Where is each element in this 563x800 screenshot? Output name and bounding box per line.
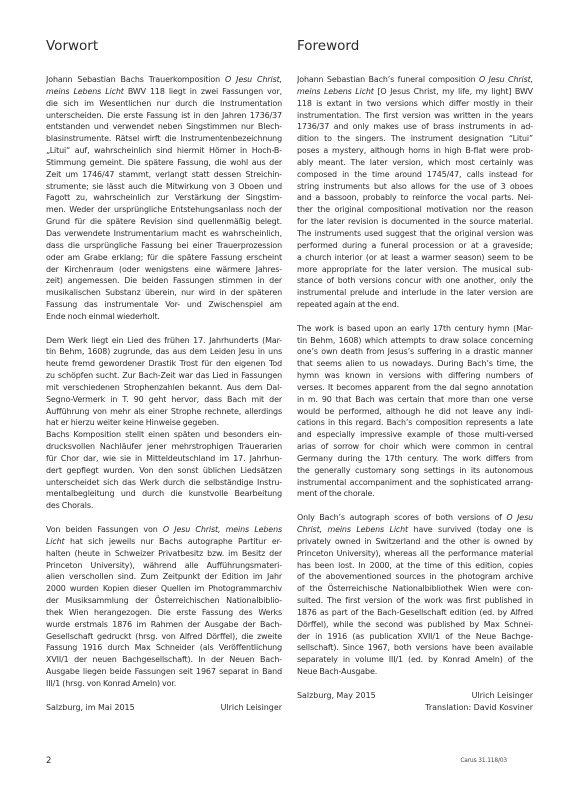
text-line: „Litui“ auf, wahrscheinlich sind hiermit… [46, 145, 282, 157]
text-line: XVII/1 der neuen Bachgesellschaft). In d… [46, 654, 282, 666]
text-line: entstanden und verwendet neben Singstimm… [46, 121, 282, 133]
text-line: für Chor dar, wie sie in Mitteldeutschla… [46, 453, 282, 465]
text-line: Licht hat sich jeweils nur Bachs autogra… [46, 536, 282, 548]
text-line: sellschaft). Since 1967, both versions h… [297, 642, 533, 654]
italic-title: Licht [46, 537, 65, 546]
text-line: Fagott zu, wahrscheinlich zur Verstärkun… [46, 192, 282, 204]
text-line: more appropriate for the later version. … [297, 264, 533, 276]
text-line: string instruments but also allows for t… [297, 181, 533, 193]
text-line: III/1 (hrsg. von Konrad Ameln) vor. [46, 678, 282, 690]
text-line: Das verwendete Instrumentarium macht es … [46, 228, 282, 240]
text-line: instrumental accompaniment and the sophi… [297, 477, 533, 489]
text-line: ably meant. The later version, which mos… [297, 157, 533, 169]
text-line: performed during a funeral procession or… [297, 240, 533, 252]
italic-title: Christ, meins Lebens Licht [297, 525, 408, 534]
german-paragraphs: Johann Sebastian Bachs Trauerkomposition… [46, 74, 282, 690]
english-paragraph: Johann Sebastian Bach’s funeral composit… [297, 74, 533, 311]
text-line: tin Behm, 1608) which attempts to draw s… [297, 335, 533, 347]
text-line: 118 is extant in two versions which diff… [297, 98, 533, 110]
text-line: meins Lebens Licht BWV 118 liegt in zwei… [46, 86, 282, 98]
english-place-date: Salzburg, May 2015 [297, 690, 376, 702]
text-line: the generally customary song settings in… [297, 465, 533, 477]
text-line: sulted. The first version of the work wa… [297, 595, 533, 607]
text-line: Dörffel), while the second was published… [297, 619, 533, 631]
text-line: thek Wien herangezogen. Die erste Fassun… [46, 607, 282, 619]
text-line: Christ, meins Lebens Licht have survived… [297, 524, 533, 536]
text-line: Fassung 1916 durch Max Schneider (als Ve… [46, 642, 282, 654]
text-line: cations in this regard. Bach’s compositi… [297, 417, 533, 429]
text-line: The instruments used suggest that the or… [297, 228, 533, 240]
text-line: drucksvollen Nachläufer jener mehrstroph… [46, 441, 282, 453]
english-paragraphs: Johann Sebastian Bach’s funeral composit… [297, 74, 533, 678]
english-translator: Translation: David Kosviner [297, 702, 533, 714]
text-line: Ende noch einmal wiederholt. [46, 311, 282, 323]
text-line: hat er hierzu weiter keine Hinweise gege… [46, 417, 282, 429]
german-paragraph: Johann Sebastian Bachs Trauerkomposition… [46, 74, 282, 323]
page-number: 2 [46, 756, 51, 766]
english-paragraph: The work is based upon an early 17th cen… [297, 323, 533, 501]
text-line: composed in the time around 1745/47, cal… [297, 169, 533, 181]
text-line: zeit) angemessen. Die beiden Fassungen s… [46, 275, 282, 287]
italic-title: O Jesu Christ, [225, 75, 282, 84]
text-line: 1736/37 and only makes use of brass inst… [297, 121, 533, 133]
text-line: Aufführung von mehr als einer Strophe re… [46, 406, 282, 418]
text-line: Stimmung gemeint. Die spätere Fassung, d… [46, 157, 282, 169]
text-line: mit verschiedenen Strophenzahlen bekannt… [46, 382, 282, 394]
text-line: Germany during the 17th century. The wor… [297, 453, 533, 465]
text-line: men. Weder der ursprüngliche Entstehungs… [46, 204, 282, 216]
text-line: separately in volume III/1 (ed. by Konra… [297, 654, 533, 666]
text-line: der in 1916 (as publication XVII/1 of th… [297, 631, 533, 643]
english-body: Johann Sebastian Bach’s funeral composit… [297, 74, 533, 713]
text-line: Dem Werk liegt ein Lied des frühen 17. J… [46, 335, 282, 347]
english-paragraph: Only Bach’s autograph scores of both ver… [297, 512, 533, 678]
english-signature: Salzburg, May 2015 Ulrich Leisinger [297, 690, 533, 702]
text-line: dass die ursprüngliche Fassung bei einer… [46, 240, 282, 252]
text-line: musikalischen Substanz überein, nur wird… [46, 287, 282, 299]
german-paragraph: Von beiden Fassungen von O Jesu Christ, … [46, 524, 282, 690]
text-line: blasinstrumente. Rätsel wirft die Instru… [46, 133, 282, 145]
text-line: Only Bach’s autograph scores of both ver… [297, 512, 533, 524]
text-line: des Chorals. [46, 500, 282, 512]
text-line: Von beiden Fassungen von O Jesu Christ, … [46, 524, 282, 536]
italic-title: O Jesu Christ, meins Lebens [163, 525, 282, 534]
text-line: hymn was known in versions with differin… [297, 370, 533, 382]
text-line: der Kirchenraum (oder wenigstens eine wä… [46, 264, 282, 276]
text-line: repeated again at the end. [297, 299, 533, 311]
text-line: stance of both versions concur with one … [297, 275, 533, 287]
text-line: Ausgabe liegen beide Fassungen seit 1967… [46, 666, 282, 678]
german-signature: Salzburg, im Mai 2015 Ulrich Leisinger [46, 702, 282, 714]
text-line: tin Behm, 1608) zugrunde, das aus dem Le… [46, 346, 282, 358]
text-line: Gesellschaft gedruckt (hrsg. von Alfred … [46, 631, 282, 643]
text-line: has been lost. In 2000, at the time of t… [297, 560, 533, 572]
text-line: Zeit um 1746/47 stammt, verlangt statt d… [46, 169, 282, 181]
text-line: halten (heute in Schweizer Privatbesitz … [46, 548, 282, 560]
english-heading: Foreword [297, 38, 359, 54]
english-author: Ulrich Leisinger [472, 690, 533, 702]
text-line: mentalbegleitung und durch die kunstvoll… [46, 488, 282, 500]
text-line: heute fremd gewordener Drastik Trost für… [46, 358, 282, 370]
text-line: a church interior (or at least a warmer … [297, 252, 533, 264]
text-line: Johann Sebastian Bachs Trauerkomposition… [46, 74, 282, 86]
text-line: in m. 90 that Bach was certain that more… [297, 394, 533, 406]
german-paragraph: Dem Werk liegt ein Lied des frühen 17. J… [46, 335, 282, 430]
text-line: instrumental prelude and interlude in th… [297, 287, 533, 299]
italic-title: O Jesu Christ, [479, 75, 533, 84]
german-heading: Vorwort [46, 38, 98, 54]
text-line: unterscheidet sich das Werk durch die se… [46, 477, 282, 489]
text-line: Johann Sebastian Bach’s funeral composit… [297, 74, 533, 86]
italic-title: O Jesu [506, 513, 533, 522]
text-line: of the abovementioned sources in the pho… [297, 571, 533, 583]
text-line: one’s own death from Jesus’s suffering i… [297, 346, 533, 358]
text-line: Fassung das instrumentale Vor- und Zwisc… [46, 299, 282, 311]
text-line: arias of sorrow for choir which were com… [297, 441, 533, 453]
text-line: unterscheiden. Die erste Fassung ist in … [46, 110, 282, 122]
text-line: Neue Bach-Ausgabe. [297, 666, 533, 678]
german-place-date: Salzburg, im Mai 2015 [46, 702, 135, 714]
text-line: that seems alien to us nowadays. During … [297, 358, 533, 370]
text-line: dition to the singers. The instrument de… [297, 133, 533, 145]
german-paragraph: Bachs Komposition stellt einen späten un… [46, 429, 282, 512]
text-line: der Musiksammlung der Österreichischen N… [46, 595, 282, 607]
italic-title: meins Lebens Licht [46, 87, 124, 96]
text-line: The work is based upon an early 17th cen… [297, 323, 533, 335]
german-body: Johann Sebastian Bachs Trauerkomposition… [46, 74, 282, 713]
text-line: Princeton University), whereas all the p… [297, 548, 533, 560]
text-line: 1876 as part of the Bach-Gesellschaft ed… [297, 607, 533, 619]
text-line: zu schöpfen sucht. Zur Bach-Zeit war das… [46, 370, 282, 382]
text-line: ment of the chorale. [297, 488, 533, 500]
text-line: 2000 wurden Kopien dieser Quellen im Pho… [46, 583, 282, 595]
text-line: Bachs Komposition stellt einen späten un… [46, 429, 282, 441]
text-line: would be performed, although he did not … [297, 406, 533, 418]
german-author: Ulrich Leisinger [221, 702, 282, 714]
text-line: of the Österreichische Nationalbibliothe… [297, 583, 533, 595]
text-line: strumente; sie lässt auch die Mitwirkung… [46, 181, 282, 193]
text-line: wurde erstmals 1876 im Rahmen der Ausgab… [46, 619, 282, 631]
text-line: poses a mystery, although horns in high … [297, 145, 533, 157]
text-line: meins Lebens Licht [O Jesus Christ, my l… [297, 86, 533, 98]
text-line: alien verschollen sind. Zum Zeitpunkt de… [46, 571, 282, 583]
text-line: and especially impressive example of tho… [297, 429, 533, 441]
text-line: verses. It becomes apparent from the dal… [297, 382, 533, 394]
text-line: Grund für die spätere Revision sind quel… [46, 216, 282, 228]
text-line: Princeton University), während alle Auff… [46, 560, 282, 572]
text-line: Segno-Vermerk in T. 90 geht hervor, dass… [46, 394, 282, 406]
text-line: for the later revision is documented in … [297, 216, 533, 228]
text-line: ther the original compositional motivati… [297, 204, 533, 216]
catalog-code: Carus 31.118/03 [460, 758, 507, 764]
text-line: and a bassoon, probably to reinforce the… [297, 192, 533, 204]
text-line: instrumentation. The first version was w… [297, 110, 533, 122]
text-line: dert gepflegt wurden. Von den sonst übli… [46, 465, 282, 477]
text-line: oder am Grabe erklang; für die spätere F… [46, 252, 282, 264]
italic-title: meins Lebens Licht [297, 87, 374, 96]
text-line: die sich im Wesentlichen nur durch die I… [46, 98, 282, 110]
text-line: privately owned in Switzerland and the o… [297, 536, 533, 548]
